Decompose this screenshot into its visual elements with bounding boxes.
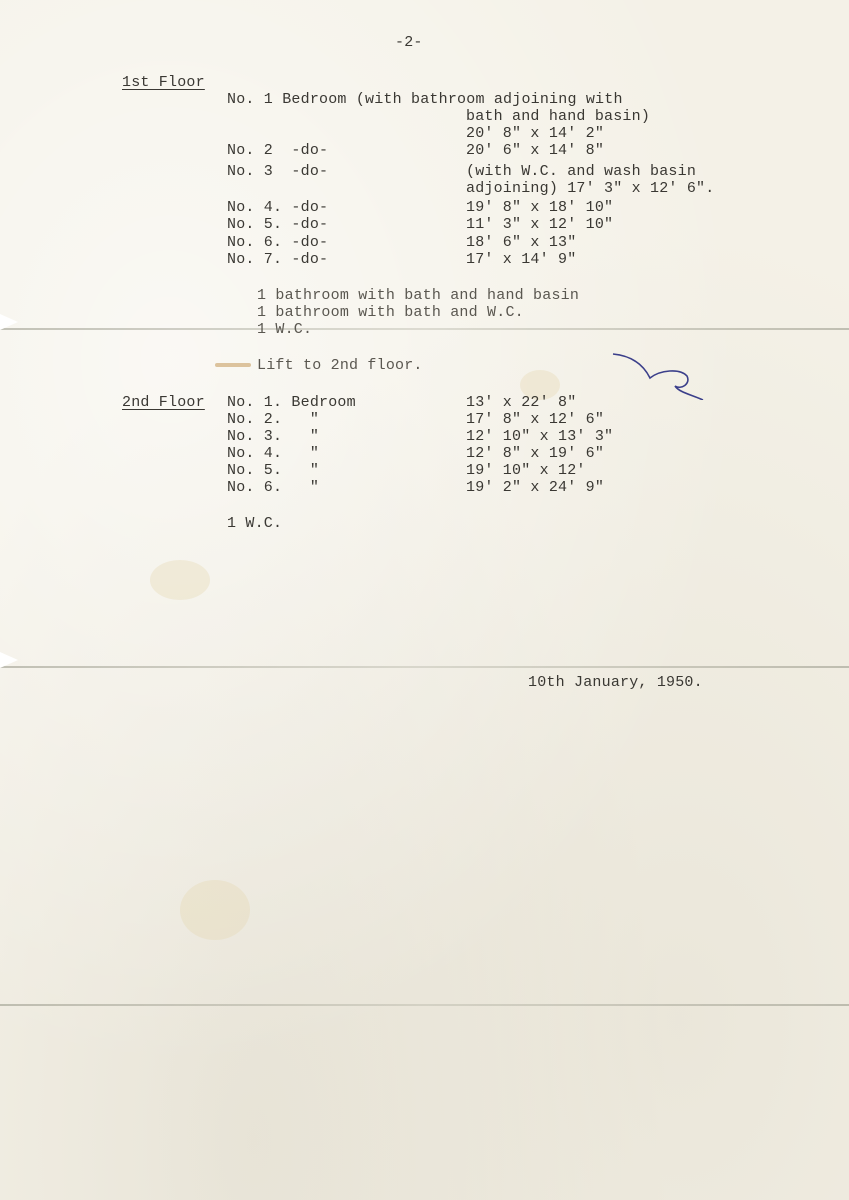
room-dimensions: 20' 6" x 14' 8" [466, 142, 604, 159]
room-label: No. 3 -do- [227, 163, 328, 180]
room-label: No. 7. -do- [227, 251, 328, 268]
room-label: No. 5. -do- [227, 216, 328, 233]
facility-line: 1 W.C. [257, 321, 312, 338]
paper-tear [0, 314, 18, 330]
room-dimensions: 17' 8" x 12' 6" [466, 411, 604, 428]
room-dimensions: 19' 2" x 24' 9" [466, 479, 604, 496]
room-label: No. 2. " [227, 411, 319, 428]
room-dimensions: 18' 6" x 13" [466, 234, 576, 251]
room-label: No. 5. " [227, 462, 319, 479]
ink-smudge [215, 363, 251, 367]
facility-line: 1 bathroom with bath and W.C. [257, 304, 524, 321]
room-label: No. 1 Bedroom (with bathroom adjoining w… [227, 91, 623, 108]
page-number: -2- [395, 34, 423, 51]
facility-line: 1 W.C. [227, 515, 282, 532]
room-detail: bath and hand basin) [466, 108, 650, 125]
room-dimensions: 19' 10" x 12' [466, 462, 586, 479]
room-label: No. 3. " [227, 428, 319, 445]
room-dimensions: 11' 3" x 12' 10" [466, 216, 613, 233]
room-dimensions: 12' 10" x 13' 3" [466, 428, 613, 445]
facility-line: 1 bathroom with bath and hand basin [257, 287, 579, 304]
room-dimensions: 13' x 22' 8" [466, 394, 576, 411]
room-label: No. 1. Bedroom [227, 394, 356, 411]
first-floor-heading: 1st Floor [122, 74, 205, 91]
pen-mark-icon [605, 350, 715, 400]
lift-note: Lift to 2nd floor. [257, 357, 423, 374]
room-label: No. 2 -do- [227, 142, 328, 159]
paper-background [0, 0, 849, 1200]
room-detail: (with W.C. and wash basin [466, 163, 696, 180]
room-dimensions: 20' 8" x 14' 2" [466, 125, 604, 142]
fold-line [0, 1004, 849, 1006]
room-dimensions: 17' x 14' 9" [466, 251, 576, 268]
room-label: No. 4. -do- [227, 199, 328, 216]
room-label: No. 6. -do- [227, 234, 328, 251]
room-label: No. 4. " [227, 445, 319, 462]
room-label: No. 6. " [227, 479, 319, 496]
paper-stain [180, 880, 250, 940]
fold-line [0, 328, 849, 330]
room-dimensions: 19' 8" x 18' 10" [466, 199, 613, 216]
second-floor-heading: 2nd Floor [122, 394, 205, 411]
fold-line [0, 666, 849, 668]
document-date: 10th January, 1950. [528, 674, 703, 691]
room-dimensions: 12' 8" x 19' 6" [466, 445, 604, 462]
paper-stain [150, 560, 210, 600]
paper-tear [0, 652, 18, 668]
room-dimensions: adjoining) 17' 3" x 12' 6". [466, 180, 714, 197]
